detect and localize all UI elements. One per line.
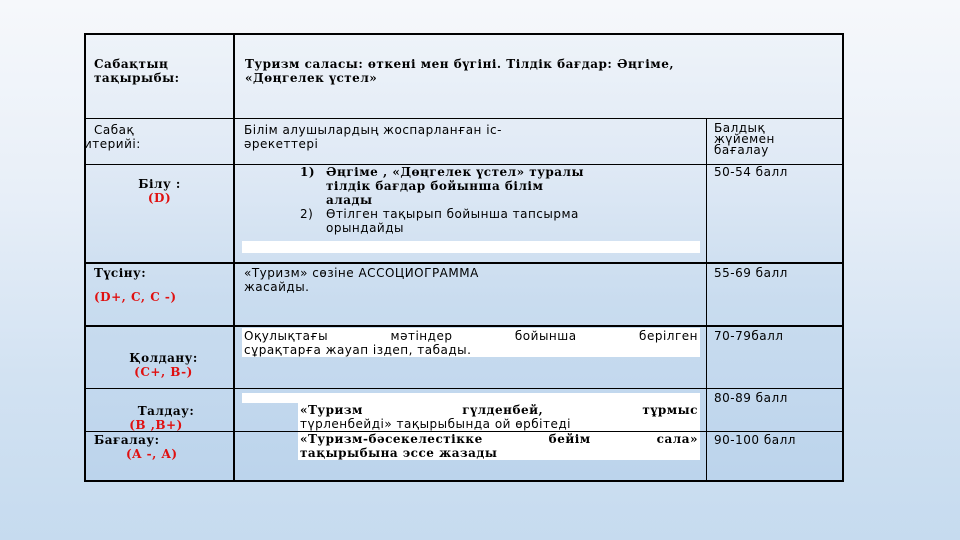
assessment-table: Сабақтың тақырыбы: Туризм саласы: өткені… xyxy=(84,33,844,482)
row-divider xyxy=(86,325,844,327)
row-divider xyxy=(86,388,844,389)
level-understanding: Түсіну: (D+, C, C -) xyxy=(94,266,177,304)
score-understanding: 55-69 балл xyxy=(714,266,788,280)
criteria-header: Сабақ итерийі: xyxy=(90,123,141,151)
topic-value: Туризм саласы: өткені мен бүгіні. Тілдік… xyxy=(245,57,674,85)
blank-textbox xyxy=(242,393,700,403)
row-divider xyxy=(86,262,844,264)
activities-analysis: «Туризм гүлденбей, тұрмыс түрленбейді» т… xyxy=(298,403,700,431)
row-divider xyxy=(86,118,844,119)
level-evaluation: Бағалау: (A -, A) xyxy=(94,433,178,461)
topic-label: Сабақтың тақырыбы: xyxy=(94,57,180,85)
score-evaluation: 90-100 балл xyxy=(714,433,796,447)
activities-evaluation: «Туризм-бәсекелестікке бейім сала» тақыр… xyxy=(298,432,700,460)
level-analysis: Талдау: (B ,B+) xyxy=(86,404,246,432)
level-application: Қолдану: (C+, B-) xyxy=(86,351,241,379)
score-application: 70-79балл xyxy=(714,329,783,343)
level-knowledge: Білу : (D) xyxy=(86,177,233,205)
activities-understanding: «Туризм» сөзіне АССОЦИОГРАММА жасайды. xyxy=(244,266,636,294)
score-header: Балдық жүйемен бағалау xyxy=(714,123,775,156)
activities-knowledge: 1)Әңгіме , «Дөңгелек үстел» туралы тілді… xyxy=(300,165,584,235)
activities-header: Білім алушылардың жоспарланған іс- әреке… xyxy=(244,123,502,151)
score-analysis: 80-89 балл xyxy=(714,391,788,405)
activities-application: Оқулықтағы мәтіндер бойынша берілген сұр… xyxy=(242,328,700,357)
blank-textbox xyxy=(242,241,700,253)
score-knowledge: 50-54 балл xyxy=(714,165,788,179)
col-divider-2 xyxy=(706,118,707,482)
